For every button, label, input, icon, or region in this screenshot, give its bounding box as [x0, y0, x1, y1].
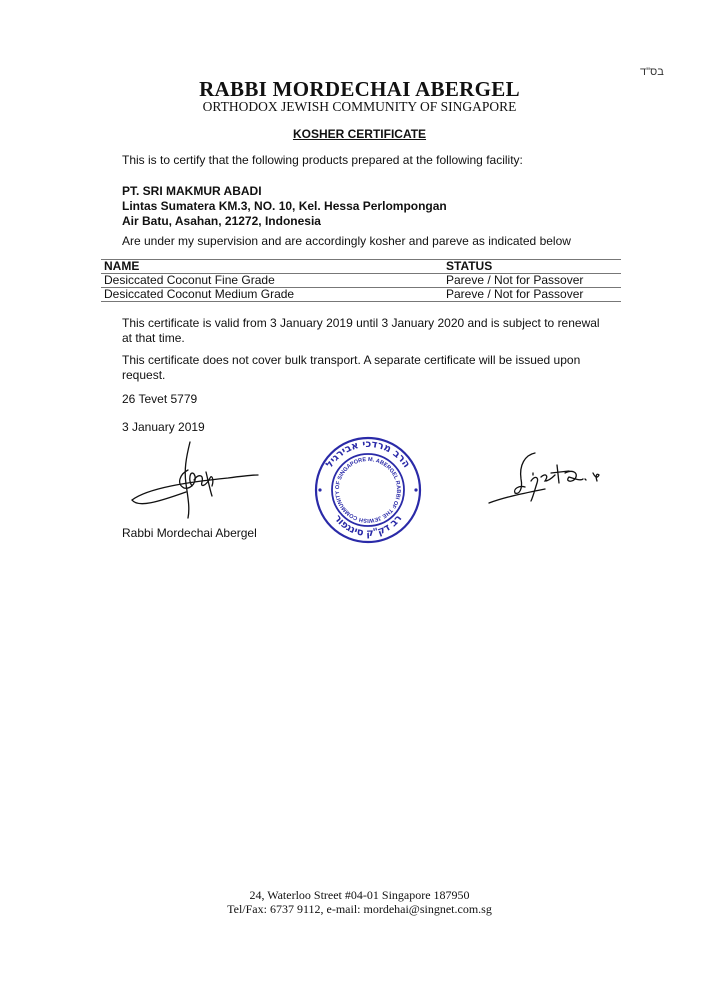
bulk-transport-text: This certificate does not cover bulk tra… [122, 353, 607, 383]
signature-icon [128, 440, 268, 520]
gregorian-date: 3 January 2019 [122, 420, 612, 435]
signatory-name: Rabbi Mordechai Abergel [122, 526, 257, 540]
facility-address-line1: Lintas Sumatera KM.3, NO. 10, Kel. Hessa… [122, 199, 612, 214]
rabbi-stamp: הרב מרדכי אבירגיל רב דק"ק סינגפור M. ABE… [313, 435, 423, 550]
organization-subtitle: ORTHODOX JEWISH COMMUNITY OF SINGAPORE [0, 99, 719, 115]
signature-icon [485, 445, 615, 510]
svg-text:M. ABERGEL RABBI OF THE JEWISH: M. ABERGEL RABBI OF THE JEWISH COMMUNITY… [335, 457, 401, 523]
footer-contact: Tel/Fax: 6737 9112, e-mail: mordehai@sin… [0, 902, 719, 917]
stamp-seal-icon: הרב מרדכי אבירגיל רב דק"ק סינגפור M. ABE… [313, 435, 423, 545]
facility-address-line2: Air Batu, Asahan, 21272, Indonesia [122, 214, 612, 229]
table-row: Desiccated Coconut Medium Grade Pareve /… [101, 288, 621, 302]
table-row: Desiccated Coconut Fine Grade Pareve / N… [101, 274, 621, 288]
product-status: Pareve / Not for Passover [443, 274, 621, 288]
product-status: Pareve / Not for Passover [443, 288, 621, 302]
intro-text: This is to certify that the following pr… [122, 153, 612, 168]
product-name: Desiccated Coconut Fine Grade [101, 274, 443, 288]
column-header-name: NAME [101, 260, 443, 274]
facility-name: PT. SRI MAKMUR ABADI [122, 184, 612, 199]
hebrew-date: 26 Tevet 5779 [122, 392, 612, 407]
validity-text: This certificate is valid from 3 January… [122, 316, 607, 346]
table-header-row: NAME STATUS [101, 260, 621, 274]
products-table: NAME STATUS Desiccated Coconut Fine Grad… [101, 259, 621, 302]
facility-block: PT. SRI MAKMUR ABADI Lintas Sumatera KM.… [122, 184, 612, 229]
second-signature [485, 445, 615, 515]
product-name: Desiccated Coconut Medium Grade [101, 288, 443, 302]
rabbi-signature [128, 440, 268, 525]
supervision-text: Are under my supervision and are accordi… [122, 234, 612, 249]
certificate-title: KOSHER CERTIFICATE [0, 127, 719, 141]
footer-address: 24, Waterloo Street #04-01 Singapore 187… [0, 888, 719, 903]
column-header-status: STATUS [443, 260, 621, 274]
